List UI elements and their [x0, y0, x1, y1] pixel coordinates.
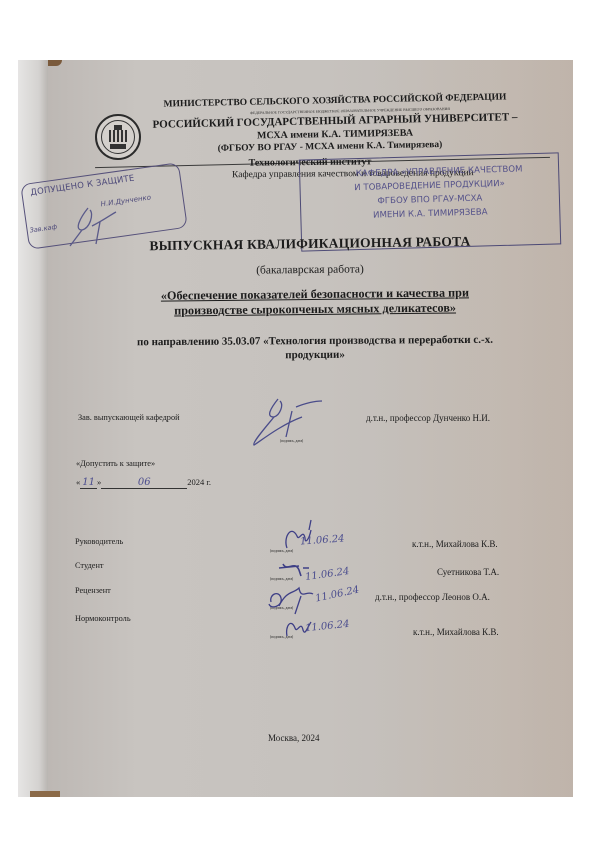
role-norm-control: Нормоконтроль	[75, 614, 131, 623]
page-spine	[18, 60, 48, 797]
admit-date-line: «11»062024 г.	[76, 477, 211, 489]
head-of-department-name: д.т.н., профессор Дунченко Н.И.	[366, 413, 490, 423]
admission-stamp-role: Зав.каф	[29, 223, 57, 235]
thesis-topic: «Обеспечение показателей безопасности и …	[110, 285, 520, 319]
head-of-department-label: Зав. выпускающей кафедрой	[78, 413, 180, 422]
study-direction: по направлению 35.03.07 «Технология прои…	[90, 332, 540, 363]
reviewer-name: д.т.н., профессор Леонов О.А.	[375, 592, 490, 602]
university-seal-icon	[95, 114, 141, 160]
norm-control-name: к.т.н., Михайлова К.В.	[413, 627, 499, 637]
binding-edge	[48, 60, 62, 66]
role-reviewer: Рецензент	[75, 586, 111, 595]
admit-label: «Допустить к защите»	[76, 459, 155, 468]
role-supervisor: Руководитель	[75, 537, 123, 546]
admission-stamp-signer: Н.И.Дунченко	[100, 193, 151, 208]
supervisor-caption: (подпись, дата)	[270, 549, 293, 553]
supervisor-name: к.т.н., Михайлова К.В.	[412, 539, 498, 549]
student-caption: (подпись, дата)	[270, 577, 293, 581]
admit-day: 11	[80, 477, 97, 489]
admit-month-field: 06	[101, 477, 187, 489]
binding-edge	[30, 791, 60, 797]
city-year: Москва, 2024	[268, 733, 320, 743]
head-of-department-caption: (подпись, дата)	[280, 439, 303, 443]
student-name: Суетникова Т.А.	[437, 567, 499, 577]
degree-subtitle: (бакалаврская работа)	[200, 263, 420, 277]
admit-month: 06	[138, 477, 151, 488]
admit-year: 2024 г.	[187, 477, 211, 487]
norm-control-caption: (подпись, дата)	[270, 635, 293, 639]
role-student: Студент	[75, 561, 104, 570]
reviewer-caption: (подпись, дата)	[270, 606, 293, 610]
